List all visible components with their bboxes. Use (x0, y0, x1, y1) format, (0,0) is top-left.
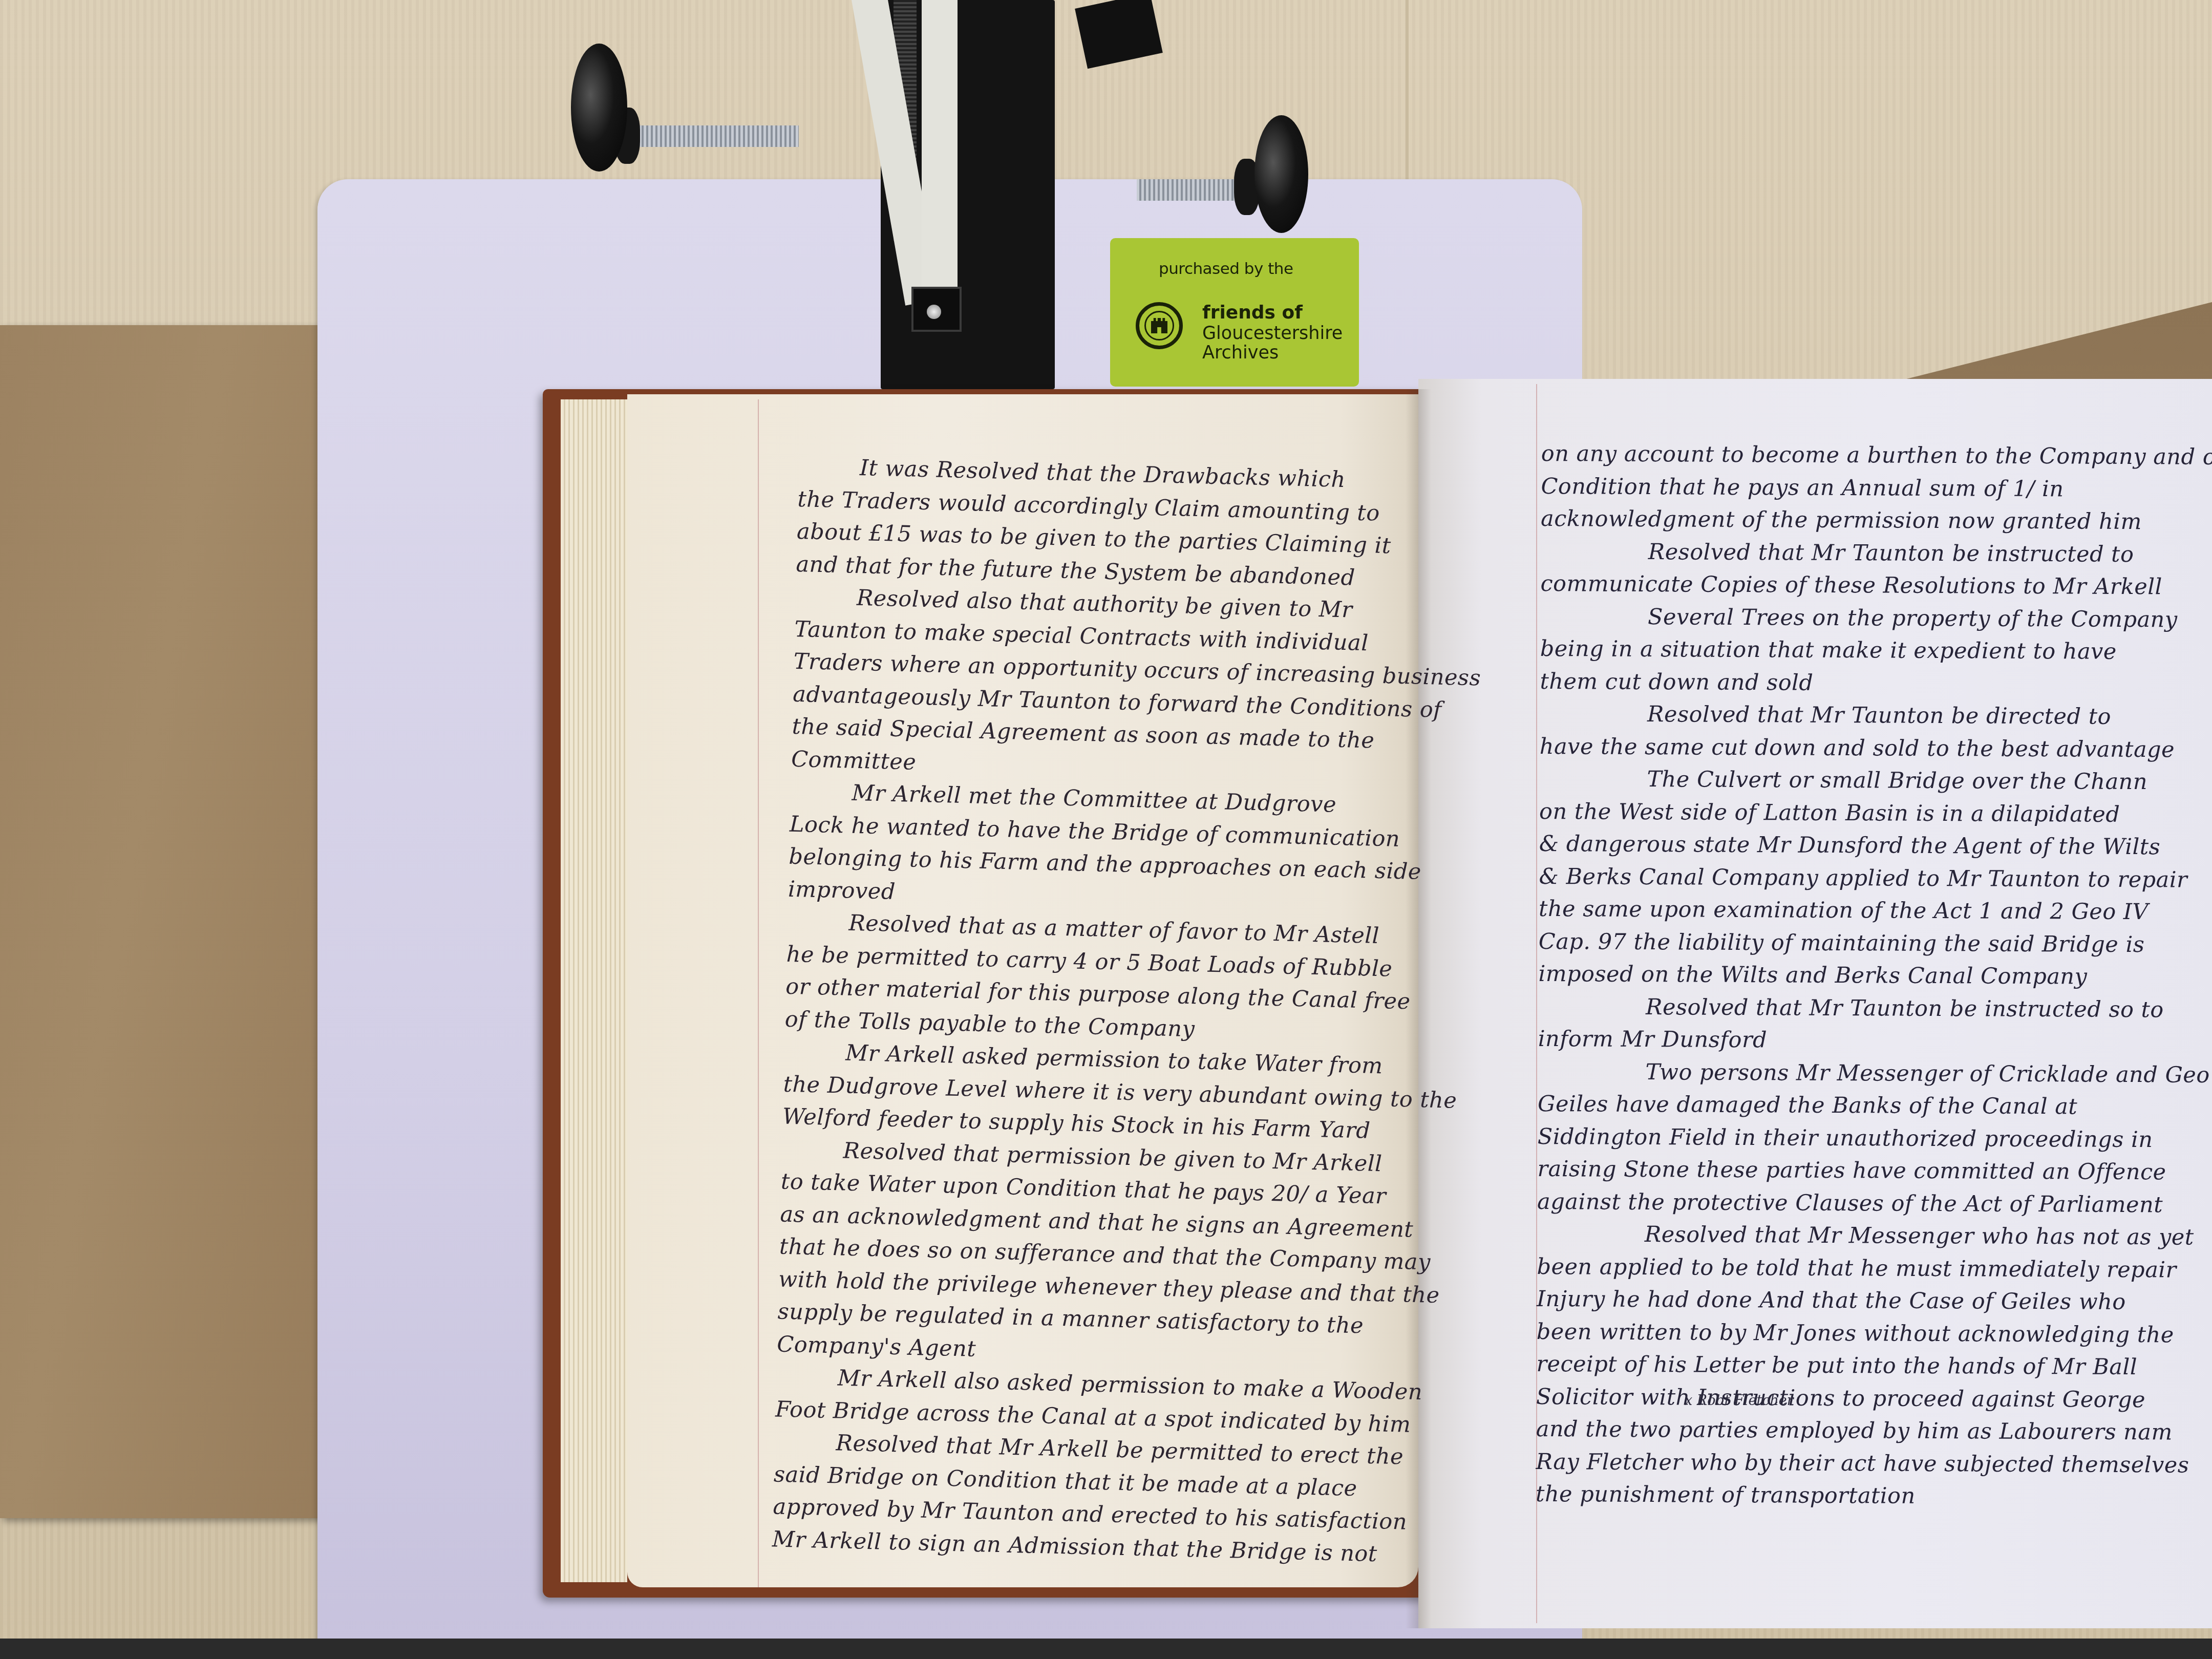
text-line: Resolved that Mr Taunton be instructed s… (1538, 990, 2209, 1026)
sticker-friends-of: friends of (1202, 302, 1303, 323)
friends-of-archives-sticker: purchased by the friends of Gloucestersh… (1110, 238, 1359, 387)
text-line: imposed on the Wilts and Berks Canal Com… (1538, 958, 2209, 994)
text-line: Condition that he pays an Annual sum of … (1541, 470, 2211, 506)
text-line: Two persons Mr Messenger of Cricklade an… (1538, 1055, 2208, 1091)
seal-ring (1144, 311, 1174, 341)
arm-rail (922, 0, 958, 287)
text-line: The Culvert or small Bridge over the Cha… (1539, 763, 2210, 799)
text-line: Injury he had done And that the Case of … (1537, 1283, 2207, 1319)
text-line: on any account to become a burthen to th… (1541, 438, 2212, 474)
text-line: the same upon examination of the Act 1 a… (1539, 893, 2209, 929)
left-page-text: It was Resolved that the Drawbacks which… (772, 451, 1413, 1571)
text-line: been applied to be told that he must imm… (1537, 1250, 2207, 1286)
sticker-gloucestershire: Gloucestershire (1202, 324, 1343, 343)
text-line: Geiles have damaged the Banks of the Can… (1538, 1088, 2208, 1124)
text-line: Resolved that Mr Taunton be instructed t… (1541, 535, 2211, 571)
text-line: Solicitor with Instructions to proceed a… (1536, 1380, 2207, 1416)
text-line: Several Trees on the property of the Com… (1540, 600, 2211, 636)
text-line: have the same cut down and sold to the b… (1540, 730, 2210, 766)
clamp-knob-right[interactable] (1254, 115, 1308, 233)
sticker-org-name: Gloucestershire Archives (1202, 324, 1343, 363)
text-line: raising Stone these parties have committ… (1537, 1153, 2208, 1189)
clamp-arm (794, 0, 1152, 389)
clamp-knob-left[interactable] (571, 44, 627, 172)
text-line: acknowledgment of the permission now gra… (1541, 503, 2211, 539)
interlinear-note: x Robt Fletcher (1685, 1393, 1794, 1409)
arm-top-bracket (1075, 0, 1163, 69)
desk-seam (1406, 0, 1409, 200)
text-line: & Berks Canal Company applied to Mr Taun… (1539, 860, 2209, 896)
text-line: communicate Copies of these Resolutions … (1540, 568, 2211, 604)
text-line: receipt of his Letter be put into the ha… (1536, 1348, 2207, 1384)
text-line: Cap. 97 the liability of maintaining the… (1539, 925, 2209, 961)
text-line: Ray Fletcher who by their act have subje… (1536, 1445, 2206, 1481)
text-line: been written to by Mr Jones without ackn… (1537, 1315, 2207, 1351)
bolt-icon (927, 305, 941, 319)
text-line: being in a situation that make it expedi… (1540, 633, 2211, 669)
text-line: on the West side of Latton Basin is in a… (1539, 795, 2210, 831)
text-line: and the two parties employed by him as L… (1536, 1413, 2207, 1449)
castle-seal-icon (1136, 302, 1183, 349)
text-line: Resolved that Mr Messenger who has not a… (1537, 1218, 2208, 1254)
text-line: against the protective Clauses of the Ac… (1537, 1185, 2208, 1221)
right-page-text: on any account to become a burthen to th… (1536, 438, 2212, 1514)
text-line: Resolved that Mr Taunton be directed to (1540, 698, 2210, 734)
cardboard-board-left (0, 325, 353, 1518)
floor-shadow (0, 1639, 2212, 1659)
text-line: inform Mr Dunsford (1538, 1023, 2209, 1059)
threaded-rod-left (630, 125, 799, 147)
text-line: Siddington Field in their unauthorized p… (1538, 1120, 2208, 1156)
castle-icon (1151, 318, 1167, 333)
text-line: the punishment of transportation (1536, 1478, 2206, 1514)
sticker-archives: Archives (1202, 343, 1343, 363)
sticker-purchased-text: purchased by the (1159, 260, 1293, 278)
page-edges (561, 399, 627, 1582)
left-page-margin-rule (758, 399, 759, 1587)
text-line: them cut down and sold (1540, 665, 2210, 701)
text-line: & dangerous state Mr Dunsford the Agent … (1539, 828, 2210, 864)
